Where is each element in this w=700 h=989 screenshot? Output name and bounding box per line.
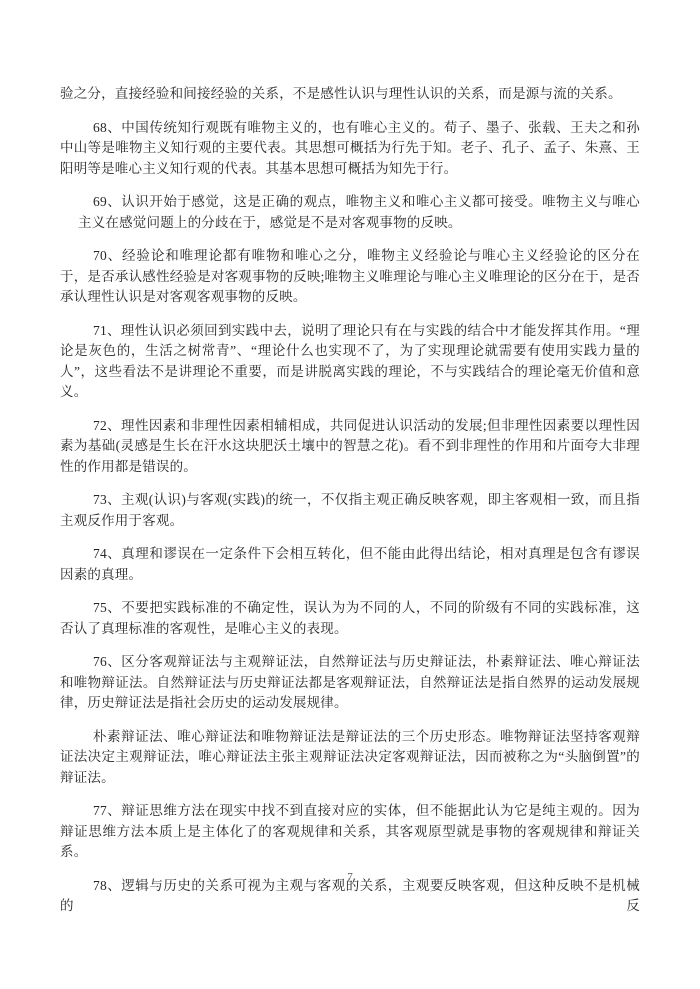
item-69: 69、认识开始于感觉，这是正确的观点，唯物主义和唯心主义都可接受。唯物主义与唯心… — [60, 192, 640, 233]
paragraph-76-continued: 朴素辩证法、唯心辩证法和唯物辩证法是辩证法的三个历史形态。唯物辩证法坚持客观辩证… — [60, 727, 640, 789]
item-71: 71、理性认识必须回到实践中去，说明了理论只有在与实践的结合中才能发挥其作用。“… — [60, 321, 640, 403]
item-72: 72、理性因素和非理性因素相辅相成，共同促进认识活动的发展;但非理性因素要以理性… — [60, 416, 640, 478]
page-number: 7 — [0, 871, 700, 883]
document-page: 验之分，直接经验和间接经验的关系，不是感性认识与理性认识的关系，而是源与流的关系… — [0, 0, 700, 989]
item-74: 74、真理和谬误在一定条件下会相互转化，但不能由此得出结论，相对真理是包含有谬误… — [60, 544, 640, 585]
document-text-body: 验之分，直接经验和间接经验的关系，不是感性认识与理性认识的关系，而是源与流的关系… — [60, 84, 640, 930]
item-68: 68、中国传统知行观既有唯物主义的，也有唯心主义的。荀子、墨子、张载、王夫之和孙… — [60, 118, 640, 180]
paragraph-continuation-from-previous-page: 验之分，直接经验和间接经验的关系，不是感性认识与理性认识的关系，而是源与流的关系… — [60, 84, 640, 105]
item-77: 77、辩证思维方法在现实中找不到直接对应的实体，但不能据此认为它是纯主观的。因为… — [60, 801, 640, 863]
item-76: 76、区分客观辩证法与主观辩证法，自然辩证法与历史辩证法，朴素辩证法、唯心辩证法… — [60, 652, 640, 714]
item-75: 75、不要把实践标准的不确定性，误认为为不同的人，不同的阶级有不同的实践标准，这… — [60, 598, 640, 639]
item-73: 73、主观(认识)与客观(实践)的统一，不仅指主观正确反映客观，即主客观相一致，… — [60, 490, 640, 531]
item-70: 70、经验论和唯理论都有唯物和唯心之分，唯物主义经验论与唯心主义经验论的区分在于… — [60, 246, 640, 308]
